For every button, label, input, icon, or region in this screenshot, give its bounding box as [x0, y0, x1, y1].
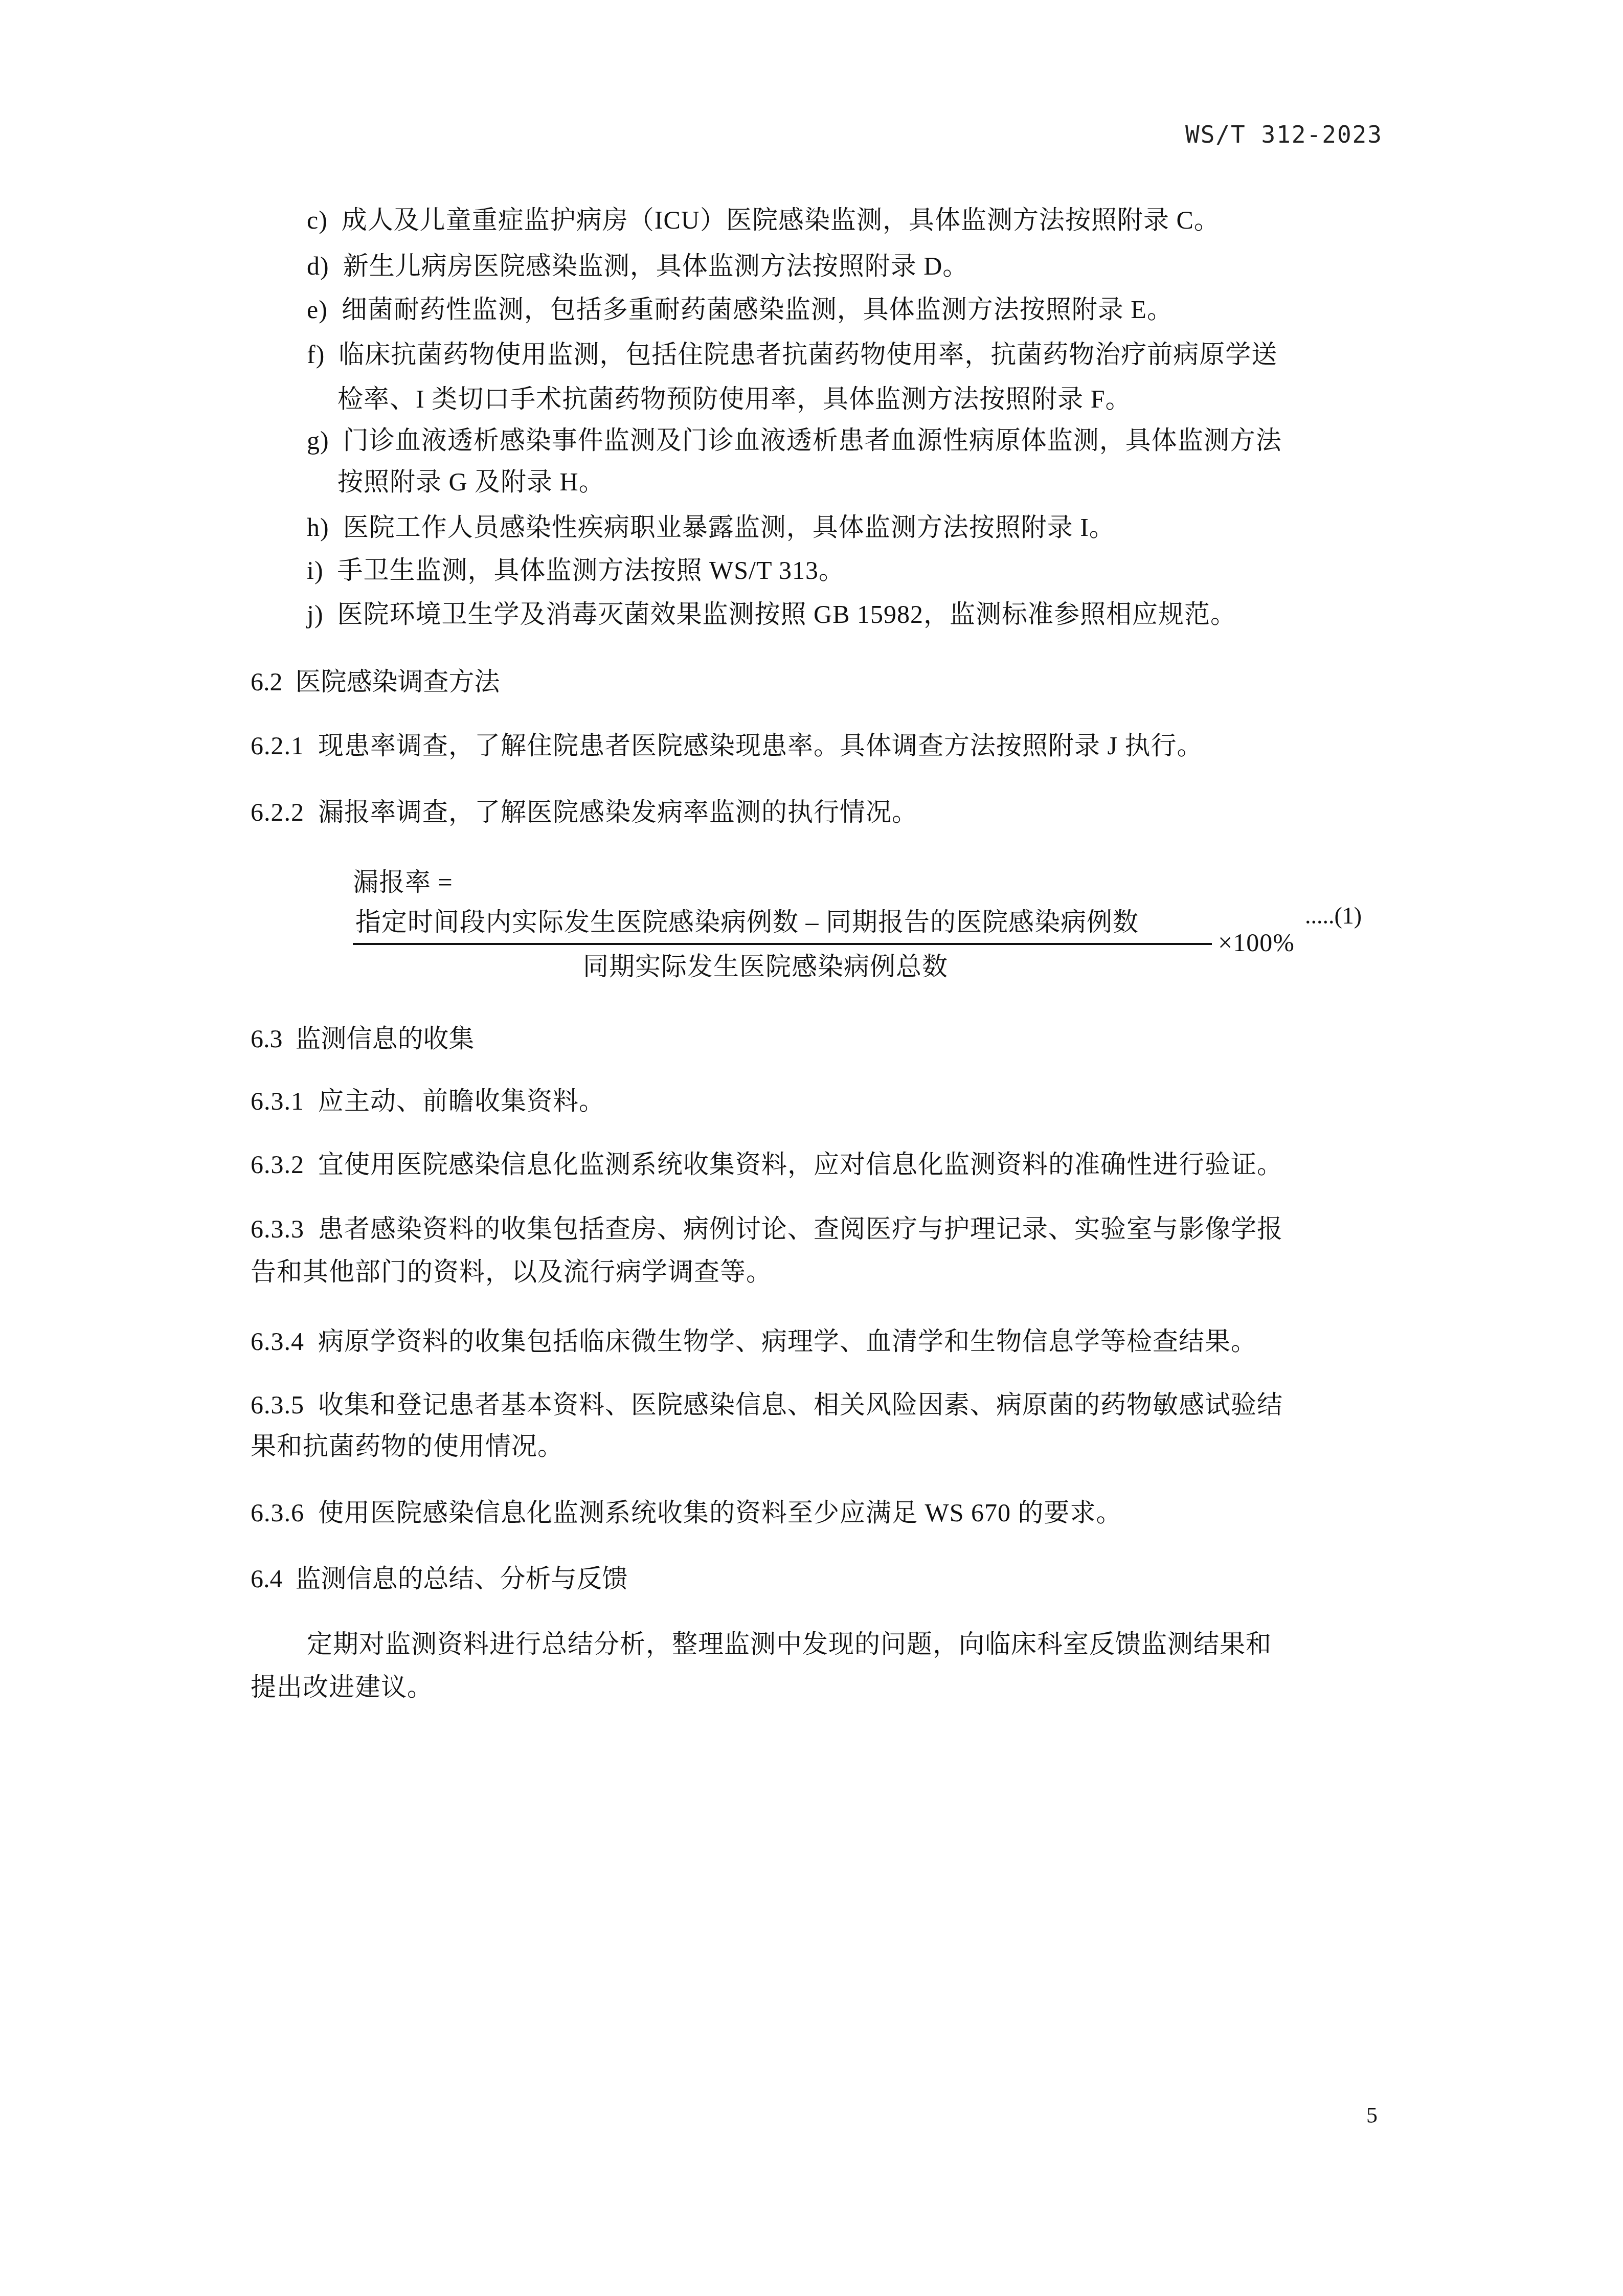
list-item-text: 成人及儿童重症监护病房（ICU）医院感染监测，具体监测方法按照附录 C。	[342, 206, 1220, 234]
list-marker: j)	[307, 600, 324, 628]
clause-6-3-5: 6.3.5 收集和登记患者基本资料、医院感染信息、相关风险因素、病原菌的药物敏感…	[251, 1392, 1283, 1417]
clause-text: 收集和登记患者基本资料、医院感染信息、相关风险因素、病原菌的药物敏感试验结	[318, 1390, 1283, 1419]
clause-text: 应主动、前瞻收集资料。	[318, 1087, 605, 1115]
fraction-bar	[353, 943, 1212, 945]
page-number: 5	[1366, 2104, 1378, 2127]
list-item-text: 医院工作人员感染性疾病职业暴露监测，具体监测方法按照附录 I。	[343, 513, 1115, 542]
section-number: 6.2	[251, 667, 283, 696]
list-marker: e)	[307, 295, 328, 324]
section-6-4-paragraph-continuation: 提出改进建议。	[251, 1674, 433, 1700]
clause-6-2-2: 6.2.2 漏报率调查，了解医院感染发病率监测的执行情况。	[251, 799, 918, 825]
formula-numerator: 指定时间段内实际发生医院感染病例数 – 同期报告的医院感染病例数	[355, 909, 1139, 935]
clause-text: 使用医院感染信息化监测系统收集的资料至少应满足 WS 670 的要求。	[318, 1498, 1122, 1527]
section-heading-6-2: 6.2 医院感染调查方法	[251, 669, 500, 694]
formula-denominator: 同期实际发生医院感染病例总数	[583, 954, 948, 979]
list-item-text: 医院环境卫生学及消毒灭菌效果监测按照 GB 15982，监测标准参照相应规范。	[337, 600, 1236, 628]
standard-code-header: WS/T 312-2023	[1185, 123, 1383, 146]
list-marker: f)	[307, 340, 325, 369]
clause-6-3-6: 6.3.6 使用医院感染信息化监测系统收集的资料至少应满足 WS 670 的要求…	[251, 1500, 1122, 1525]
section-number: 6.3	[251, 1024, 283, 1053]
list-item-g-continuation: 按照附录 G 及附录 H。	[337, 469, 605, 494]
clause-6-2-1: 6.2.1 现患率调查，了解住院患者医院感染现患率。具体调查方法按照附录 J 执…	[251, 733, 1203, 758]
section-title: 监测信息的总结、分析与反馈	[296, 1564, 628, 1593]
section-6-4-paragraph: 定期对监测资料进行总结分析，整理监测中发现的问题，向临床科室反馈监测结果和	[307, 1631, 1272, 1657]
section-heading-6-4: 6.4 监测信息的总结、分析与反馈	[251, 1566, 628, 1591]
clause-number: 6.3.6	[251, 1498, 304, 1527]
clause-text: 病原学资料的收集包括临床微生物学、病理学、血清学和生物信息学等检查结果。	[318, 1327, 1257, 1356]
formula-label: 漏报率 =	[353, 869, 453, 895]
list-item-d: d) 新生儿病房医院感染监测，具体监测方法按照附录 D。	[307, 253, 968, 279]
list-item-e: e) 细菌耐药性监测，包括多重耐药菌感染监测，具体监测方法按照附录 E。	[307, 297, 1173, 322]
list-item-text: 细菌耐药性监测，包括多重耐药菌感染监测，具体监测方法按照附录 E。	[342, 295, 1173, 324]
list-marker: g)	[307, 426, 329, 455]
clause-number: 6.3.5	[251, 1390, 304, 1419]
list-marker: h)	[307, 513, 329, 542]
clause-number: 6.2.2	[251, 798, 304, 826]
clause-text: 患者感染资料的收集包括查房、病例讨论、查阅医疗与护理记录、实验室与影像学报	[318, 1214, 1283, 1243]
list-marker: c)	[307, 206, 328, 234]
section-title: 医院感染调查方法	[296, 667, 500, 696]
clause-6-3-3-continuation: 告和其他部门的资料，以及流行病学调查等。	[251, 1259, 772, 1285]
clause-number: 6.3.4	[251, 1327, 304, 1356]
clause-text: 漏报率调查，了解医院感染发病率监测的执行情况。	[318, 798, 918, 826]
clause-text: 现患率调查，了解住院患者医院感染现患率。具体调查方法按照附录 J 执行。	[318, 731, 1203, 760]
list-item-i: i) 手卫生监测，具体监测方法按照 WS/T 313。	[307, 557, 845, 583]
list-item-h: h) 医院工作人员感染性疾病职业暴露监测，具体监测方法按照附录 I。	[307, 514, 1115, 540]
formula-multiplier: ×100%	[1218, 930, 1295, 955]
list-marker: i)	[307, 556, 324, 584]
list-item-f: f) 临床抗菌药物使用监测，包括住院患者抗菌药物使用率，抗菌药物治疗前病原学送	[307, 342, 1277, 367]
clause-6-3-2: 6.3.2 宜使用医院感染信息化监测系统收集资料，应对信息化监测资料的准确性进行…	[251, 1152, 1283, 1177]
list-item-j: j) 医院环境卫生学及消毒灭菌效果监测按照 GB 15982，监测标准参照相应规…	[307, 601, 1236, 627]
section-number: 6.4	[251, 1564, 283, 1593]
list-item-c: c) 成人及儿童重症监护病房（ICU）医院感染监测，具体监测方法按照附录 C。	[307, 207, 1220, 233]
list-item-f-continuation: 检率、I 类切口手术抗菌药物预防使用率，具体监测方法按照附录 F。	[337, 386, 1131, 412]
clause-6-3-4: 6.3.4 病原学资料的收集包括临床微生物学、病理学、血清学和生物信息学等检查结…	[251, 1329, 1257, 1354]
clause-6-3-3: 6.3.3 患者感染资料的收集包括查房、病例讨论、查阅医疗与护理记录、实验室与影…	[251, 1216, 1283, 1242]
clause-number: 6.3.2	[251, 1150, 304, 1179]
clause-6-3-5-continuation: 果和抗菌药物的使用情况。	[251, 1433, 563, 1459]
section-title: 监测信息的收集	[296, 1024, 475, 1053]
list-item-text: 临床抗菌药物使用监测，包括住院患者抗菌药物使用率，抗菌药物治疗前病原学送	[339, 340, 1277, 369]
list-item-text: 新生儿病房医院感染监测，具体监测方法按照附录 D。	[343, 252, 969, 280]
clause-text: 宜使用医院感染信息化监测系统收集资料，应对信息化监测资料的准确性进行验证。	[318, 1150, 1283, 1179]
list-item-text: 手卫生监测，具体监测方法按照 WS/T 313。	[337, 556, 845, 584]
list-marker: d)	[307, 252, 329, 280]
list-item-g: g) 门诊血液透析感染事件监测及门诊血液透析患者血源性病原体监测，具体监测方法	[307, 427, 1282, 453]
clause-number: 6.3.1	[251, 1087, 304, 1115]
equation-number: .....(1)	[1305, 904, 1362, 928]
clause-6-3-1: 6.3.1 应主动、前瞻收集资料。	[251, 1088, 605, 1114]
section-heading-6-3: 6.3 监测信息的收集	[251, 1026, 475, 1051]
clause-number: 6.2.1	[251, 731, 304, 760]
clause-number: 6.3.3	[251, 1214, 304, 1243]
list-item-text: 门诊血液透析感染事件监测及门诊血液透析患者血源性病原体监测，具体监测方法	[343, 426, 1282, 455]
